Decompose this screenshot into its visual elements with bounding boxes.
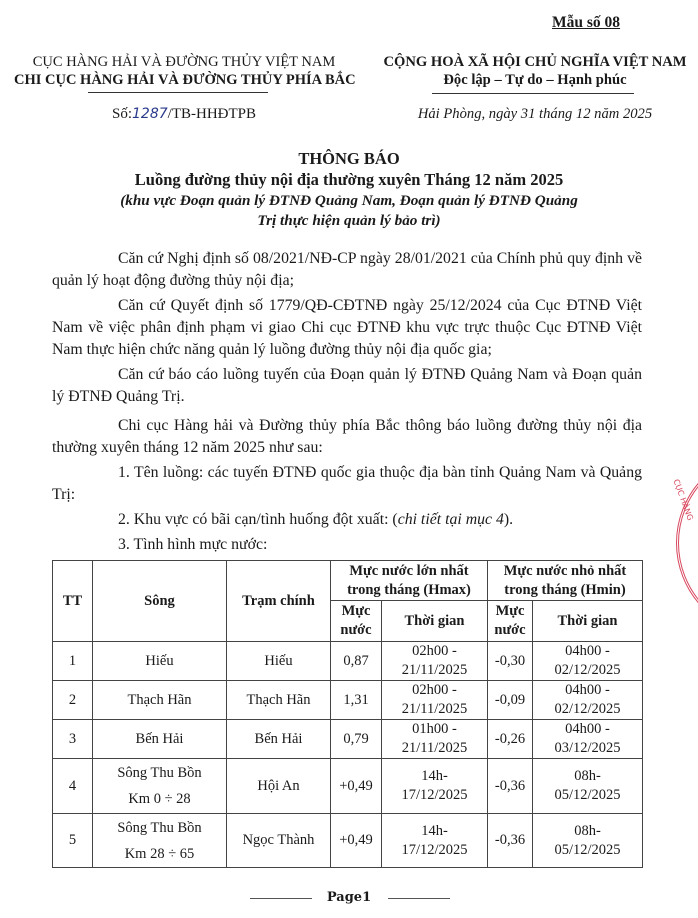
header-hmax: Mực nước lớn nhất trong tháng (Hmax) (331, 561, 488, 601)
cell-hmin-level-line: -0,36 (488, 777, 532, 796)
cell-hmax-level: +0,49 (331, 814, 382, 868)
cell-hmin-time-line: 03/12/2025 (533, 739, 642, 758)
cell-tt: 1 (53, 642, 93, 681)
cell-hmax-time: 02h00 -21/11/2025 (382, 642, 488, 681)
cell-hmax-level: 0,79 (331, 720, 382, 759)
cell-station-line: Hiếu (227, 652, 330, 671)
form-number: Mẫu số 08 (552, 14, 620, 32)
cell-hmin-level: -0,36 (488, 759, 533, 814)
cell-hmin-time-line: 08h- (533, 767, 642, 786)
cell-hmin-time-line: 02/12/2025 (533, 661, 642, 680)
cell-hmin-level: -0,36 (488, 814, 533, 868)
cell-tt: 3 (53, 720, 93, 759)
cell-hmax-level-line: 0,79 (331, 730, 381, 749)
cell-hmax-time-line: 17/12/2025 (382, 786, 487, 805)
water-level-table: TT Sông Trạm chính Mực nước lớn nhất tro… (52, 560, 643, 868)
cell-hmin-level: -0,26 (488, 720, 533, 759)
cell-hmax-level: +0,49 (331, 759, 382, 814)
cell-station: Bến Hải (227, 720, 331, 759)
cell-hmin-level-line: -0,09 (488, 691, 532, 710)
doc-number-suffix: /TB-HHĐTPB (168, 106, 256, 122)
cell-hmin-time-line: 04h00 - (533, 681, 642, 700)
paragraph-announcement: Chi cục Hàng hải và Đường thủy phía Bắc … (52, 415, 642, 459)
header-hmax-time: Thời gian (382, 601, 488, 642)
cell-hmax-time-line: 21/11/2025 (382, 739, 487, 758)
cell-station-line: Bến Hải (227, 730, 330, 749)
cell-hmin-level: -0,30 (488, 642, 533, 681)
motto-underline (432, 93, 634, 94)
cell-station: Thạch Hãn (227, 681, 331, 720)
header-river: Sông (93, 561, 227, 642)
cell-hmax-time-line: 01h00 - (382, 720, 487, 739)
cell-hmax-time: 14h-17/12/2025 (382, 814, 488, 868)
cell-hmax-time: 02h00 -21/11/2025 (382, 681, 488, 720)
nation-motto: Độc lập – Tự do – Hạnh phúc (372, 72, 698, 89)
table-row: 1HiếuHiếu0,8702h00 -21/11/2025-0,3004h00… (53, 642, 643, 681)
cell-hmax-time-line: 17/12/2025 (382, 841, 487, 860)
cell-river-line: Hiếu (93, 652, 226, 671)
item-1-channel-name: 1. Tên luồng: các tuyến ĐTNĐ quốc gia th… (52, 462, 642, 506)
cell-hmin-time-line: 05/12/2025 (533, 841, 642, 860)
cell-river-line: Km 0 ÷ 28 (93, 786, 226, 812)
cell-hmax-time-line: 21/11/2025 (382, 661, 487, 680)
cell-hmin-time: 04h00 -02/12/2025 (533, 642, 643, 681)
header-station: Trạm chính (227, 561, 331, 642)
place-date: Hải Phòng, ngày 31 tháng 12 năm 2025 (372, 106, 698, 123)
doc-scope-line1: (khu vực Đoạn quản lý ĐTNĐ Quảng Nam, Đo… (0, 192, 698, 210)
cell-hmax-level: 1,31 (331, 681, 382, 720)
cell-station-line: Hội An (227, 777, 330, 796)
cell-station: Ngọc Thành (227, 814, 331, 868)
cell-tt-line: 4 (53, 777, 92, 796)
cell-hmin-level: -0,09 (488, 681, 533, 720)
cell-river-line: Thạch Hãn (93, 691, 226, 710)
cell-river: Thạch Hãn (93, 681, 227, 720)
cell-station-line: Thạch Hãn (227, 691, 330, 710)
cell-river-line: Bến Hải (93, 730, 226, 749)
page-number: Page1 (0, 890, 698, 905)
table-row: 5Sông Thu BồnKm 28 ÷ 65Ngọc Thành+0,4914… (53, 814, 643, 868)
cell-hmax-time-line: 02h00 - (382, 642, 487, 661)
cell-tt-line: 2 (53, 691, 92, 710)
doc-number-label: Số: (112, 106, 132, 122)
nation-title: CỘNG HOÀ XÃ HỘI CHỦ NGHĨA VIỆT NAM (372, 54, 698, 71)
header-hmin-time: Thời gian (533, 601, 643, 642)
header-hmin: Mực nước nhỏ nhất trong tháng (Hmin) (488, 561, 643, 601)
cell-hmax-time-line: 02h00 - (382, 681, 487, 700)
item-2-shoal-area: 2. Khu vực có bãi cạn/tình huống đột xuấ… (52, 509, 642, 531)
cell-hmax-level-line: +0,49 (331, 777, 381, 796)
cell-hmin-level-line: -0,36 (488, 831, 532, 850)
cell-tt-line: 1 (53, 652, 92, 671)
header-tt: TT (53, 561, 93, 642)
cell-hmin-time: 04h00 -03/12/2025 (533, 720, 643, 759)
cell-hmax-time: 14h-17/12/2025 (382, 759, 488, 814)
cell-station-line: Ngọc Thành (227, 831, 330, 850)
paragraph-legal-basis-1: Căn cứ Nghị định số 08/2021/NĐ-CP ngày 2… (52, 248, 642, 292)
cell-tt: 4 (53, 759, 93, 814)
doc-subtitle: Luồng đường thủy nội địa thường xuyên Th… (0, 170, 698, 190)
cell-hmin-time: 08h-05/12/2025 (533, 759, 643, 814)
paragraph-legal-basis-3: Căn cứ báo cáo luồng tuyến của Đoạn quản… (52, 364, 642, 408)
cell-hmin-time-line: 04h00 - (533, 720, 642, 739)
item-3-water-level: 3. Tình hình mực nước: (52, 534, 642, 556)
cell-tt-line: 5 (53, 831, 92, 850)
cell-hmax-time-line: 14h- (382, 822, 487, 841)
paragraph-legal-basis-2: Căn cứ Quyết định số 1779/QĐ-CĐTNĐ ngày … (52, 295, 642, 361)
cell-hmin-time: 04h00 -02/12/2025 (533, 681, 643, 720)
cell-hmax-level: 0,87 (331, 642, 382, 681)
footer-rule-right (388, 898, 450, 899)
cell-river-line: Sông Thu Bồn (93, 815, 226, 841)
cell-hmax-level-line: 0,87 (331, 652, 381, 671)
cell-hmax-time: 01h00 -21/11/2025 (382, 720, 488, 759)
cell-river: Sông Thu BồnKm 0 ÷ 28 (93, 759, 227, 814)
cell-hmin-time-line: 08h- (533, 822, 642, 841)
cell-station: Hiếu (227, 642, 331, 681)
doc-title: THÔNG BÁO (0, 149, 698, 169)
cell-tt: 5 (53, 814, 93, 868)
cell-hmax-level-line: +0,49 (331, 831, 381, 850)
cell-hmin-time-line: 04h00 - (533, 642, 642, 661)
cell-station: Hội An (227, 759, 331, 814)
doc-number-handwritten: 1287 (132, 106, 168, 122)
cell-hmin-level-line: -0,26 (488, 730, 532, 749)
cell-river-line: Sông Thu Bồn (93, 760, 226, 786)
agency-parent: CỤC HÀNG HẢI VÀ ĐƯỜNG THỦY VIỆT NAM (14, 54, 354, 71)
table-row: 3Bến HảiBến Hải0,7901h00 -21/11/2025-0,2… (53, 720, 643, 759)
cell-river: Hiếu (93, 642, 227, 681)
cell-tt: 2 (53, 681, 93, 720)
header-hmax-level: Mực nước (331, 601, 382, 642)
cell-river: Sông Thu BồnKm 28 ÷ 65 (93, 814, 227, 868)
agency-underline (88, 92, 268, 93)
cell-hmax-time-line: 21/11/2025 (382, 700, 487, 719)
cell-hmin-level-line: -0,30 (488, 652, 532, 671)
table-row: 2Thạch HãnThạch Hãn1,3102h00 -21/11/2025… (53, 681, 643, 720)
document-number: Số:1287/TB-HHĐTPB (14, 106, 354, 123)
doc-scope-line2: Trị thực hiện quản lý bảo trì) (0, 212, 698, 230)
table-row: 4Sông Thu BồnKm 0 ÷ 28Hội An+0,4914h-17/… (53, 759, 643, 814)
cell-hmin-time-line: 05/12/2025 (533, 786, 642, 805)
cell-hmin-time: 08h-05/12/2025 (533, 814, 643, 868)
cell-river-line: Km 28 ÷ 65 (93, 841, 226, 867)
cell-tt-line: 3 (53, 730, 92, 749)
cell-hmin-time-line: 02/12/2025 (533, 700, 642, 719)
agency-name: CHI CỤC HÀNG HẢI VÀ ĐƯỜNG THỦY PHÍA BẮC (14, 72, 354, 89)
cell-river: Bến Hải (93, 720, 227, 759)
header-hmin-level: Mực nước (488, 601, 533, 642)
cell-hmax-level-line: 1,31 (331, 691, 381, 710)
cell-hmax-time-line: 14h- (382, 767, 487, 786)
